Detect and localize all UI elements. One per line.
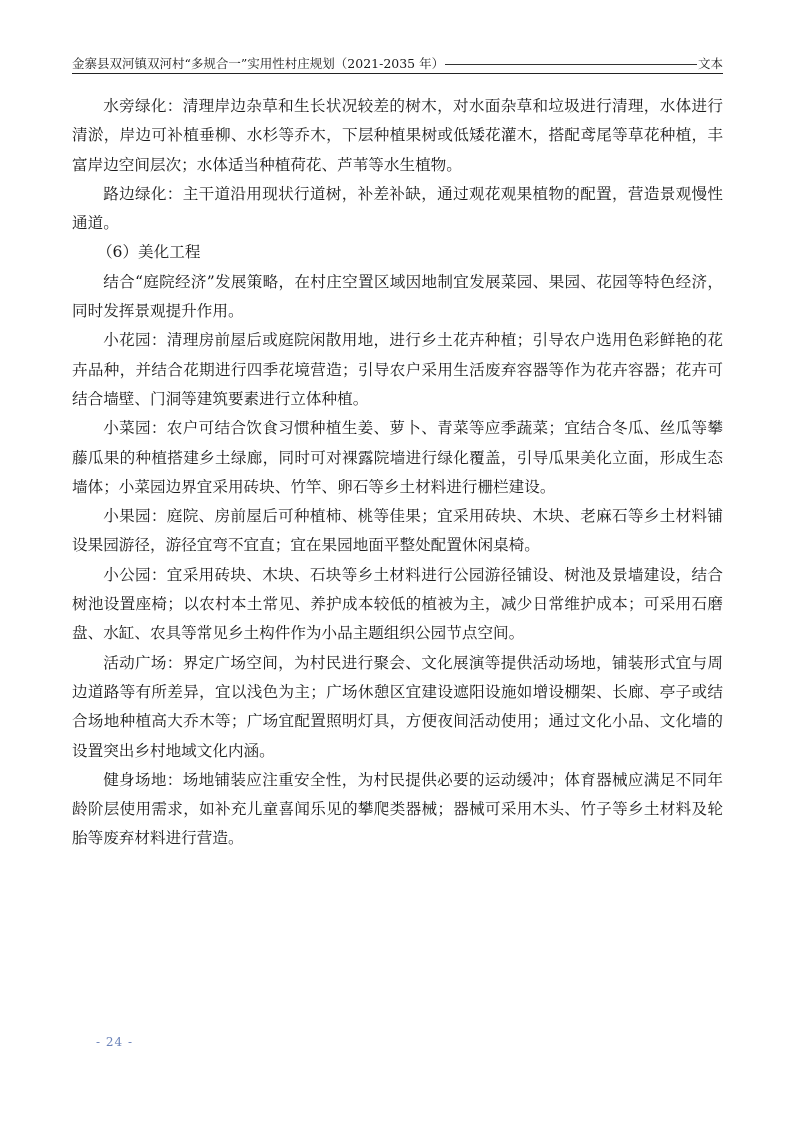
paragraph-fitness-area: 健身场地：场地铺装应注重安全性，为村民提供必要的运动缓冲；体育器械应满足不同年龄…	[72, 766, 723, 854]
paragraph-waterside-greening: 水旁绿化：清理岸边杂草和生长状况较差的树木，对水面杂草和垃圾进行清理，水体进行清…	[72, 92, 723, 180]
paragraph-roadside-greening: 路边绿化：主干道沿用现状行道树，补差补缺，通过观花观果植物的配置，营造景观慢性通…	[72, 180, 723, 239]
paragraph-small-park: 小公园：宜采用砖块、木块、石块等乡土材料进行公园游径铺设、树池及景墙建设，结合树…	[72, 561, 723, 649]
paragraph-small-vegetable-garden: 小菜园：农户可结合饮食习惯种植生姜、萝卜、青菜等应季蔬菜；宜结合冬瓜、丝瓜等攀藤…	[72, 414, 723, 502]
header-section-label: 文本	[698, 55, 723, 73]
header-leader-line	[445, 55, 697, 73]
paragraph-small-flower-garden: 小花园：清理房前屋后或庭院闲散用地，进行乡土花卉种植；引导农户选用色彩鲜艳的花卉…	[72, 326, 723, 414]
body-text: 水旁绿化：清理岸边杂草和生长状况较差的树木，对水面杂草和垃圾进行清理，水体进行清…	[72, 92, 723, 854]
page-number: - 24 -	[96, 1035, 133, 1049]
paragraph-activity-square: 活动广场：界定广场空间，为村民进行聚会、文化展演等提供活动场地，铺装形式宜与周边…	[72, 649, 723, 766]
document-title: 金寨县双河镇双河村“多规合一”实用性村庄规划（2021-2035 年）	[72, 55, 444, 73]
section-heading-beautification: （6）美化工程	[72, 238, 723, 267]
paragraph-small-orchard: 小果园：庭院、房前屋后可种植柿、桃等佳果；宜采用砖块、木块、老麻石等乡土材料铺设…	[72, 502, 723, 561]
paragraph-courtyard-economy: 结合“庭院经济”发展策略，在村庄空置区域因地制宜发展菜园、果园、花园等特色经济，…	[72, 268, 723, 327]
running-header: 金寨县双河镇双河村“多规合一”实用性村庄规划（2021-2035 年） 文本	[72, 54, 723, 74]
